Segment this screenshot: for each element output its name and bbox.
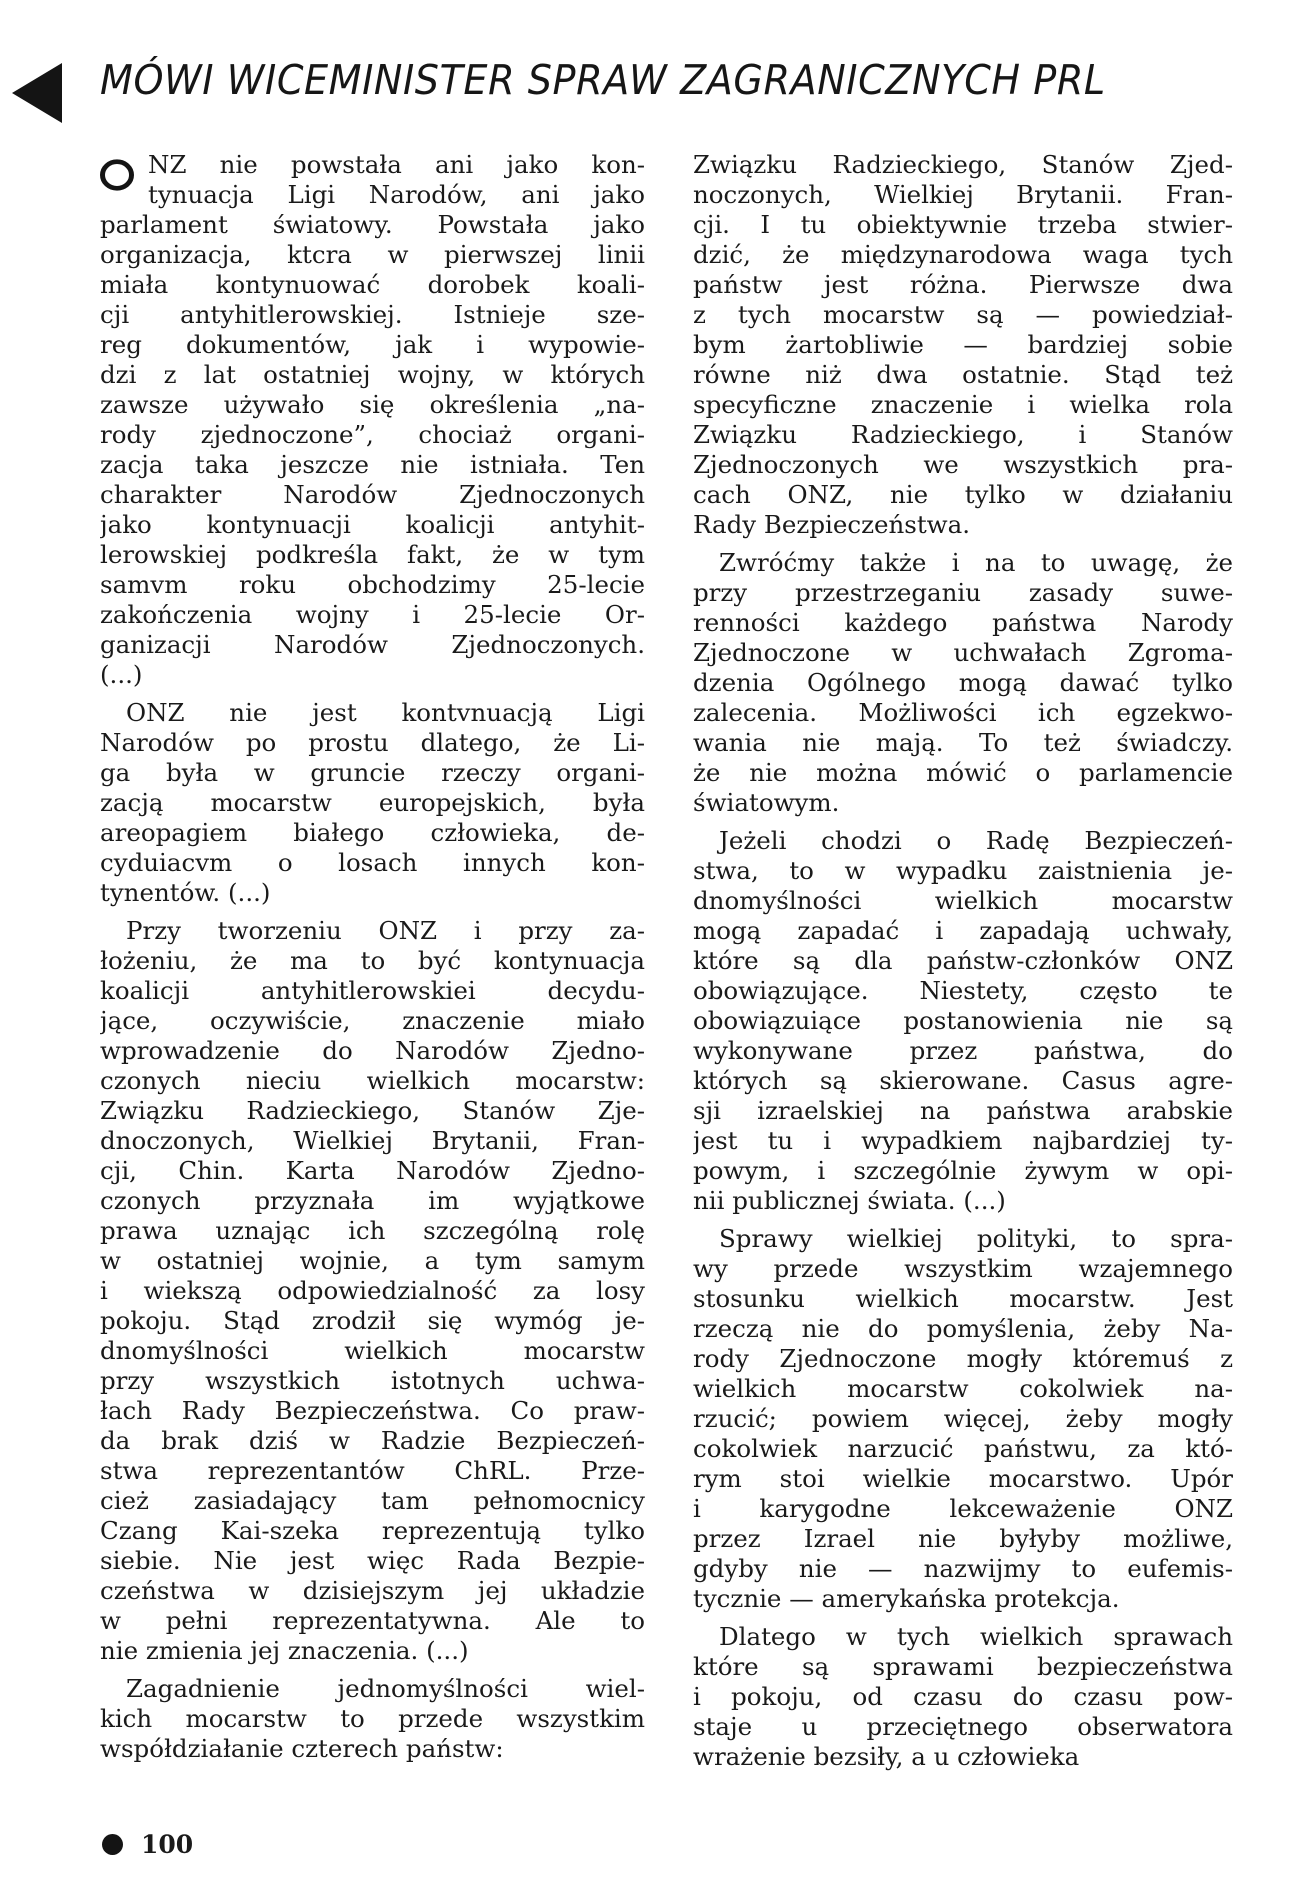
text-line: Związku Radzieckiego, i Stanów: [693, 420, 1233, 450]
text-line: czonych przyznała im wyjątkowe: [100, 1186, 645, 1216]
text-line: rody zjednoczone”, chociaż organi-: [100, 420, 645, 450]
text-line: Zwróćmy także i na to uwagę, że: [693, 548, 1233, 578]
text-line: specyficzne znaczenie i wielka rola: [693, 390, 1233, 420]
text-line: dzi z lat ostatniej wojny, w których: [100, 360, 645, 390]
text-line: Zjednoczonych we wszystkich pra-: [693, 450, 1233, 480]
text-line: obowiązujące. Niestety, często te: [693, 976, 1233, 1006]
text-line: parlament światowy. Powstała jako: [100, 210, 645, 240]
text-line: dnoczonych, Wielkiej Brytanii, Fran-: [100, 1126, 645, 1156]
text-line: Przy tworzeniu ONZ i przy za-: [100, 916, 645, 946]
text-line: Sprawy wielkiej polityki, to spra-: [693, 1224, 1233, 1254]
paragraph: Zagadnienie jednomyślności wiel-kich moc…: [100, 1674, 645, 1764]
text-line: cyduiacvm o losach innych kon-: [100, 848, 645, 878]
paragraph: Jeżeli chodzi o Radę Bezpieczeń-stwa, to…: [693, 826, 1233, 1216]
text-line: Czang Kai-szeka reprezentują tylko: [100, 1516, 645, 1546]
text-line: ganizacji Narodów Zjednoczonych.: [100, 630, 645, 660]
paragraph: Sprawy wielkiej polityki, to spra-wy prz…: [693, 1224, 1233, 1614]
text-line: czonych nieciu wielkich mocarstw:: [100, 1066, 645, 1096]
text-line: NZ nie powstała ani jako kon-: [100, 150, 645, 180]
paragraph: Związku Radzieckiego, Stanów Zjed-noczon…: [693, 150, 1233, 540]
text-line: stosunku wielkich mocarstw. Jest: [693, 1284, 1233, 1314]
text-line: których są skierowane. Casus agre-: [693, 1066, 1233, 1096]
text-line: które są sprawami bezpieczeństwa: [693, 1652, 1233, 1682]
text-line: noczonych, Wielkiej Brytanii. Fran-: [693, 180, 1233, 210]
text-line: Dlatego w tych wielkich sprawach: [693, 1622, 1233, 1652]
text-line: wania nie mają. To też świadczy.: [693, 728, 1233, 758]
text-line: stwa, to w wypadku zaistnienia je-: [693, 856, 1233, 886]
text-line: Zagadnienie jednomyślności wiel-: [100, 1674, 645, 1704]
text-line: gdyby nie — nazwijmy to eufemis-: [693, 1554, 1233, 1584]
text-line: jest tu i wypadkiem najbardziej ty-: [693, 1126, 1233, 1156]
text-line: (...): [100, 660, 645, 690]
text-line: organizacja, ktcra w pierwszej linii: [100, 240, 645, 270]
text-line: i wiekszą odpowiedzialność za losy: [100, 1276, 645, 1306]
text-line: rzeczą nie do pomyślenia, żeby Na-: [693, 1314, 1233, 1344]
page-footer: 100: [102, 1830, 193, 1859]
text-line: obowiązuiące postanowienia nie są: [693, 1006, 1233, 1036]
text-line: łożeniu, że ma to być kontynuacja: [100, 946, 645, 976]
text-line: charakter Narodów Zjednoczonych: [100, 480, 645, 510]
text-line: łach Rady Bezpieczeństwa. Co praw-: [100, 1396, 645, 1426]
text-line: wrażenie bezsiły, a u człowieka: [693, 1742, 1233, 1772]
text-line: cokolwiek narzucić państwu, za któ-: [693, 1434, 1233, 1464]
text-line: miała kontynuować dorobek koali-: [100, 270, 645, 300]
text-line: jące, oczywiście, znaczenie miało: [100, 1006, 645, 1036]
text-line: zacją mocarstw europejskich, była: [100, 788, 645, 818]
text-line: Związku Radzieckiego, Stanów Zjed-: [693, 150, 1233, 180]
text-line: pokoju. Stąd zrodził się wymóg je-: [100, 1306, 645, 1336]
text-line: mogą zapadać i zapadają uchwały,: [693, 916, 1233, 946]
text-line: siebie. Nie jest więc Rada Bezpie-: [100, 1546, 645, 1576]
text-line: stwa reprezentantów ChRL. Prze-: [100, 1456, 645, 1486]
text-line: w ostatniej wojnie, a tym samym: [100, 1246, 645, 1276]
text-line: da brak dziś w Radzie Bezpieczeń-: [100, 1426, 645, 1456]
drop-cap: O: [100, 159, 134, 190]
text-line: samvm roku obchodzimy 25-lecie: [100, 570, 645, 600]
text-line: sji izraelskiej na państwa arabskie: [693, 1096, 1233, 1126]
text-line: Narodów po prostu dlatego, że Li-: [100, 728, 645, 758]
paragraph: ONZ nie powstała ani jako kon-tynuacja L…: [100, 150, 645, 690]
text-line: Zjednoczone w uchwałach Zgroma-: [693, 638, 1233, 668]
text-line: cji antyhitlerowskiej. Istnieje sze-: [100, 300, 645, 330]
text-line: Jeżeli chodzi o Radę Bezpieczeń-: [693, 826, 1233, 856]
right-column: Związku Radzieckiego, Stanów Zjed-noczon…: [693, 150, 1233, 1780]
text-line: cji. I tu obiektywnie trzeba stwier-: [693, 210, 1233, 240]
page-title: MÓWI WICEMINISTER SPRAW ZAGRANICZNYCH PR…: [100, 56, 1160, 104]
text-line: światowym.: [693, 788, 1233, 818]
text-line: ga była w gruncie rzeczy organi-: [100, 758, 645, 788]
text-line: i karygodne lekceważenie ONZ: [693, 1494, 1233, 1524]
text-line: ONZ nie jest kontvnuacją Ligi: [100, 698, 645, 728]
text-line: czeństwa w dzisiejszym jej układzie: [100, 1576, 645, 1606]
text-line: tycznie — amerykańska protekcja.: [693, 1584, 1233, 1614]
text-line: przy przestrzeganiu zasady suwe-: [693, 578, 1233, 608]
text-line: cji, Chin. Karta Narodów Zjedno-: [100, 1156, 645, 1186]
text-line: Związku Radzieckiego, Stanów Zje-: [100, 1096, 645, 1126]
text-line: rody Zjednoczone mogły któremuś z: [693, 1344, 1233, 1374]
text-line: prawa uznając ich szczególną rolę: [100, 1216, 645, 1246]
text-line: i pokoju, od czasu do czasu pow-: [693, 1682, 1233, 1712]
text-line: zawsze używało się określenia „na-: [100, 390, 645, 420]
text-line: reg dokumentów, jak i wypowie-: [100, 330, 645, 360]
bullet-icon: [102, 1834, 123, 1855]
text-line: tynuacja Ligi Narodów, ani jako: [100, 180, 645, 210]
text-line: przez Izrael nie byłyby możliwe,: [693, 1524, 1233, 1554]
text-line: kich mocarstw to przede wszystkim: [100, 1704, 645, 1734]
text-line: zakończenia wojny i 25-lecie Or-: [100, 600, 645, 630]
text-line: nii publicznej świata. (...): [693, 1186, 1233, 1216]
page-number: 100: [141, 1830, 193, 1859]
text-line: bym żartobliwie — bardziej sobie: [693, 330, 1233, 360]
left-triangle-icon: [12, 63, 62, 123]
text-line: które są dla państw-członków ONZ: [693, 946, 1233, 976]
text-line: dnomyślności wielkich mocarstw: [693, 886, 1233, 916]
text-line: tynentów. (...): [100, 878, 645, 908]
text-line: wielkich mocarstw cokolwiek na-: [693, 1374, 1233, 1404]
text-line: zalecenia. Możliwości ich egzekwo-: [693, 698, 1233, 728]
text-line: lerowskiej podkreśla fakt, że w tym: [100, 540, 645, 570]
text-line: z tych mocarstw są — powiedział-: [693, 300, 1233, 330]
paragraph: Przy tworzeniu ONZ i przy za-łożeniu, że…: [100, 916, 645, 1666]
text-line: nie zmienia jej znaczenia. (...): [100, 1636, 645, 1666]
text-line: staje u przeciętnego obserwatora: [693, 1712, 1233, 1742]
text-line: wykonywane przez państwa, do: [693, 1036, 1233, 1066]
text-line: wprowadzenie do Narodów Zjedno-: [100, 1036, 645, 1066]
text-line: Rady Bezpieczeństwa.: [693, 510, 1233, 540]
paragraph: Zwróćmy także i na to uwagę, żeprzy prze…: [693, 548, 1233, 818]
text-line: równe niż dwa ostatnie. Stąd też: [693, 360, 1233, 390]
text-line: powym, i szczególnie żywym w opi-: [693, 1156, 1233, 1186]
text-line: rzucić; powiem więcej, żeby mogły: [693, 1404, 1233, 1434]
paragraph: ONZ nie jest kontvnuacją LigiNarodów po …: [100, 698, 645, 908]
text-line: współdziałanie czterech państw:: [100, 1734, 645, 1764]
text-line: w pełni reprezentatywna. Ale to: [100, 1606, 645, 1636]
text-line: zacja taka jeszcze nie istniała. Ten: [100, 450, 645, 480]
text-line: jako kontynuacji koalicji antyhit-: [100, 510, 645, 540]
text-line: wy przede wszystkim wzajemnego: [693, 1254, 1233, 1284]
text-line: dzenia Ogólnego mogą dawać tylko: [693, 668, 1233, 698]
text-line: cież zasiadający tam pełnomocnicy: [100, 1486, 645, 1516]
text-line: przy wszystkich istotnych uchwa-: [100, 1366, 645, 1396]
left-column: ONZ nie powstała ani jako kon-tynuacja L…: [100, 150, 645, 1772]
text-line: koalicji antyhitlerowskiei decydu-: [100, 976, 645, 1006]
text-line: areopagiem białego człowieka, de-: [100, 818, 645, 848]
paragraph: Dlatego w tych wielkich sprawachktóre są…: [693, 1622, 1233, 1772]
text-line: dzić, że międzynarodowa waga tych: [693, 240, 1233, 270]
text-line: państw jest różna. Pierwsze dwa: [693, 270, 1233, 300]
text-line: rym stoi wielkie mocarstwo. Upór: [693, 1464, 1233, 1494]
text-line: że nie można mówić o parlamencie: [693, 758, 1233, 788]
text-line: cach ONZ, nie tylko w działaniu: [693, 480, 1233, 510]
text-line: renności każdego państwa Narody: [693, 608, 1233, 638]
text-line: dnomyślności wielkich mocarstw: [100, 1336, 645, 1366]
